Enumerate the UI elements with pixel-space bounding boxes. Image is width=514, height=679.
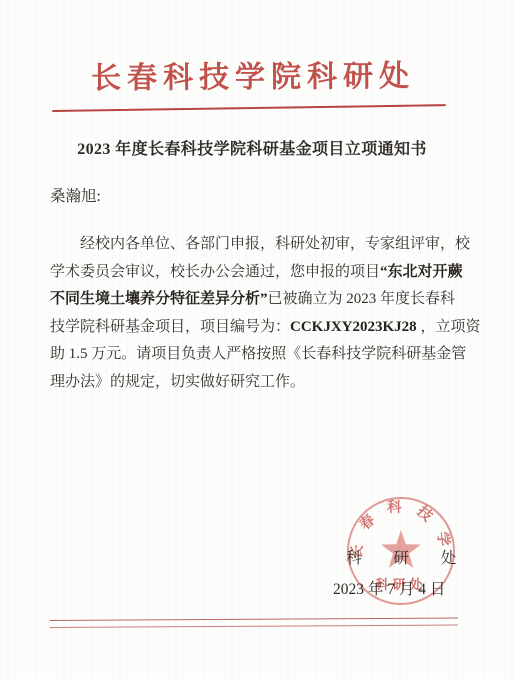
body-paragraph: 经校内各单位、各部门申报，科研处初审，专家组评审，校学术委员会审议，校长办公会通…	[50, 231, 470, 397]
signature-department: 科 研 处	[346, 546, 470, 568]
salutation: 桑瀚旭:	[50, 184, 101, 206]
body-text: ，立项资	[417, 319, 481, 335]
body-text: 已被确立为 2023 年度长春科	[268, 291, 456, 307]
body-text-bold: 不同生境土壤养分特征差异分析”	[50, 291, 268, 307]
org-header-title: 长春科技学院科研处	[0, 50, 506, 98]
body-text: 理办法》的规定，切实做好研究工作。	[50, 374, 305, 390]
body-line: 助 1.5 万元。请项目负责人严格按照《长春科技学院科研基金管	[50, 341, 470, 369]
notice-document-page: 长春科技学院科研处 2023 年度长春科技学院科研基金项目立项通知书 桑瀚旭: …	[0, 0, 514, 679]
bottom-double-rule	[50, 618, 458, 628]
body-text: 经校内各单位、各部门申报，科研处初审，专家组评审，校	[80, 236, 470, 252]
body-text: 学术委员会审议，校长办公会通过，您申报的项目	[50, 264, 380, 280]
signature-date: 2023 年 7 月 4 日	[333, 577, 445, 599]
body-line: 理办法》的规定，切实做好研究工作。	[50, 369, 470, 397]
body-line: 学术委员会审议，校长办公会通过，您申报的项目“东北对开蕨	[50, 259, 470, 287]
body-line: 经校内各单位、各部门申报，科研处初审，专家组评审，校	[50, 231, 470, 259]
body-text-bold: CCKJXY2023KJ28	[290, 319, 417, 335]
document-title: 2023 年度长春科技学院科研基金项目立项通知书	[0, 136, 504, 159]
body-text-bold: “东北对开蕨	[380, 264, 463, 280]
header-rule	[52, 104, 446, 112]
body-line: 不同生境土壤养分特征差异分析”已被确立为 2023 年度长春科	[50, 286, 470, 314]
body-line: 技学院科研基金项目，项目编号为：CCKJXY2023KJ28 ，立项资	[50, 314, 470, 342]
body-text: 助 1.5 万元。请项目负责人严格按照《长春科技学院科研基金管	[50, 346, 466, 362]
body-text: 技学院科研基金项目，项目编号为：	[50, 319, 290, 335]
